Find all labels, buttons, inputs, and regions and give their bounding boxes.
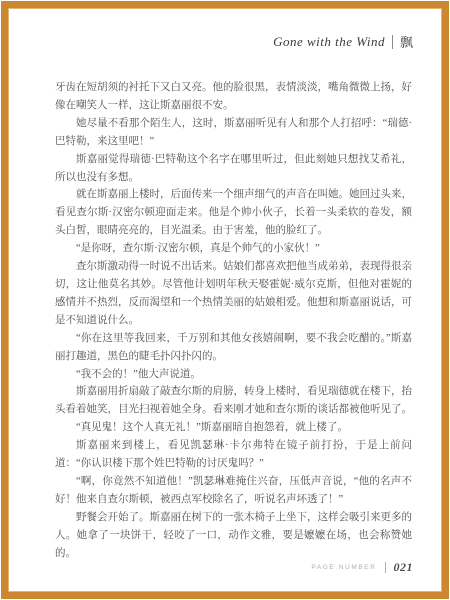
paragraph: 斯嘉丽来到楼上，看见凯瑟琳·卡尔弗特在镜子前打扮，于是上前问道：“你认识楼下那个…	[55, 437, 412, 473]
paragraph: “我不会的！”他大声说道。	[55, 366, 412, 384]
paragraph: 斯嘉丽用折扇敲了敲查尔斯的肩膀，转身上楼时，看见瑞德就在楼下，抬头看着她笑，目光…	[55, 383, 412, 419]
paragraph: “你在这里等我回来，千万别和其他女孩嬉闹啊，要不我会吃醋的。”斯嘉丽打趣道，黑色…	[55, 330, 412, 366]
paragraph: 斯嘉丽觉得瑞德·巴特勒这个名字在哪里听过，但此刻她只想找艾希礼，所以也没有多想。	[55, 151, 412, 187]
paragraph: 查尔斯激动得一时说不出话来。姑娘们都喜欢把他当成弟弟，表现得很亲切，这让他莫名其…	[55, 258, 412, 330]
page-header: Gone with the Wind 飘	[273, 32, 413, 51]
paragraph: “真见鬼！这个人真无礼！”斯嘉丽暗自抱怨着，就上楼了。	[55, 419, 412, 437]
body-text: 牙齿在短胡须的衬托下又白又亮。他的脸很黑，表情淡淡，嘴角微微上扬，好像在嘲笑人一…	[55, 79, 412, 562]
page-number-label: PAGE NUMBER	[311, 564, 376, 571]
paragraph: 野餐会开始了。斯嘉丽在树下的一张木椅子上坐下，这样会吸引来更多的人。她拿了一块饼…	[55, 509, 412, 563]
paragraph: “啊，你竟然不知道他！”凯瑟琳难掩住兴奋，压低声音说，“他的名声不好！他来自查尔…	[55, 473, 412, 509]
book-title-chinese: 飘	[400, 32, 413, 51]
paragraph: 牙齿在短胡须的衬托下又白又亮。他的脸很黑，表情淡淡，嘴角微微上扬，好像在嘲笑人一…	[55, 79, 412, 115]
book-title-english: Gone with the Wind	[273, 34, 385, 50]
paragraph: 她尽量不看那个陌生人，这时，斯嘉丽听见有人和那个人打招呼：“瑞德·巴特勒，来这里…	[55, 115, 412, 151]
paragraph: “是你呀，查尔斯·汉密尔顿，真是个帅气的小家伙！”	[55, 240, 412, 258]
paragraph: 就在斯嘉丽上楼时，后面传来一个细声细气的声音在叫她。她回过头来，看见查尔斯·汉密…	[55, 186, 412, 240]
page-number-value: 021	[394, 560, 414, 575]
header-divider	[392, 35, 393, 49]
page-footer: PAGE NUMBER 021	[311, 560, 413, 575]
footer-divider	[385, 562, 386, 573]
